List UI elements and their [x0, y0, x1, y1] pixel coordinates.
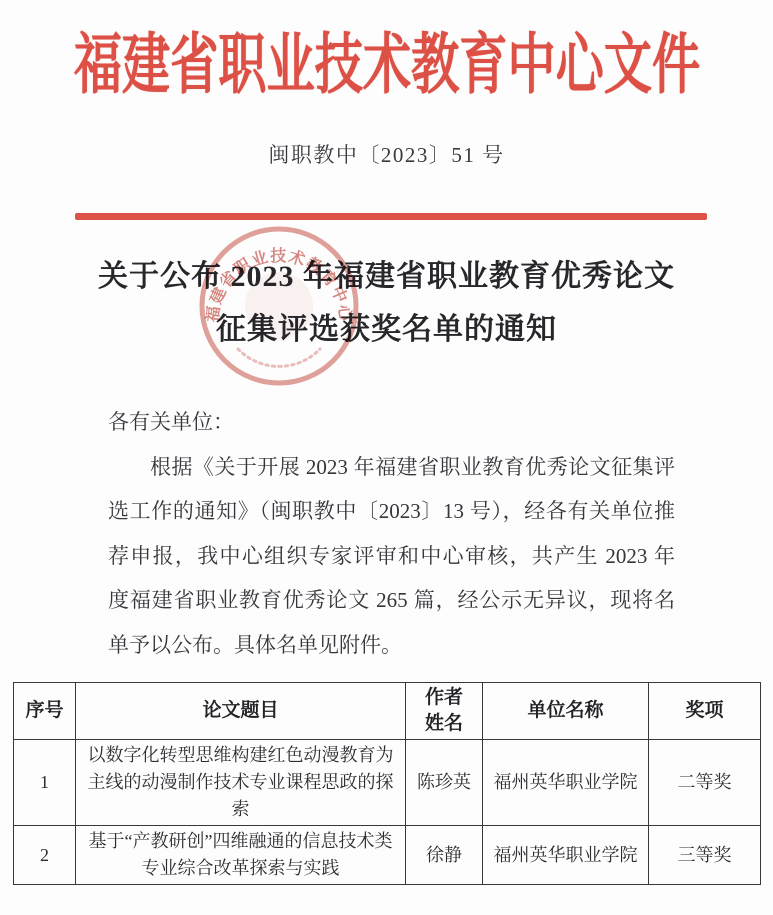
- cell-index: 1: [14, 740, 76, 826]
- doc-number: 闽职教中〔2023〕51 号: [0, 139, 773, 169]
- body-line: 选工作的通知》（闽职教中〔2023〕13 号），经各有关单位推: [108, 489, 675, 534]
- masthead: 福建省职业技术教育中心文件: [0, 28, 773, 104]
- org-title: 福建省职业技术教育中心文件: [73, 33, 699, 99]
- cell-author: 陈珍英: [406, 740, 483, 826]
- body-line: 根据《关于开展 2023 年福建省职业教育优秀论文征集评: [108, 445, 675, 490]
- body-line: 度福建省职业教育优秀论文 265 篇，经公示无异议，现将名: [108, 578, 675, 623]
- notice-title-line2: 征集评选获奖名单的通知: [0, 303, 773, 356]
- col-header-paper-title: 论文题目: [76, 683, 406, 740]
- table-row: 2 基于“产教研创”四维融通的信息技术类专业综合改革探索与实践 徐静 福州英华职…: [14, 826, 761, 885]
- col-header-index: 序号: [14, 683, 76, 740]
- award-table: 序号 论文题目 作者 姓名 单位名称 奖项 1 以数字化转型思维构建红色动漫教育…: [13, 682, 761, 885]
- table-header-row: 序号 论文题目 作者 姓名 单位名称 奖项: [14, 683, 761, 740]
- document-page: 福建省职业技术教育中心文件 闽职教中〔2023〕51 号 关于公布 2023 年…: [0, 0, 773, 915]
- notice-title-line1: 关于公布 2023 年福建省职业教育优秀论文: [0, 250, 773, 303]
- cell-org: 福州英华职业学院: [483, 740, 649, 826]
- cell-paper-title: 基于“产教研创”四维融通的信息技术类专业综合改革探索与实践: [76, 826, 406, 885]
- col-header-award: 奖项: [649, 683, 761, 740]
- cell-paper-title: 以数字化转型思维构建红色动漫教育为主线的动漫制作技术专业课程思政的探索: [76, 740, 406, 826]
- col-header-author-name: 作者 姓名: [406, 683, 483, 740]
- cell-author: 徐静: [406, 826, 483, 885]
- header-divider-line: [75, 213, 707, 220]
- cell-award: 三等奖: [649, 826, 761, 885]
- table-row: 1 以数字化转型思维构建红色动漫教育为主线的动漫制作技术专业课程思政的探索 陈珍…: [14, 740, 761, 826]
- col-header-org-name: 单位名称: [483, 683, 649, 740]
- cell-org: 福州英华职业学院: [483, 826, 649, 885]
- notice-body: 各有关单位： 根据《关于开展 2023 年福建省职业教育优秀论文征集评 选工作的…: [108, 400, 675, 667]
- body-line: 单予以公布。具体名单见附件。: [108, 623, 675, 668]
- body-line: 荐申报，我中心组织专家评审和中心审核，共产生 2023 年: [108, 534, 675, 579]
- cell-index: 2: [14, 826, 76, 885]
- body-salutation: 各有关单位：: [108, 400, 675, 445]
- cell-award: 二等奖: [649, 740, 761, 826]
- notice-title: 关于公布 2023 年福建省职业教育优秀论文 征集评选获奖名单的通知: [0, 250, 773, 356]
